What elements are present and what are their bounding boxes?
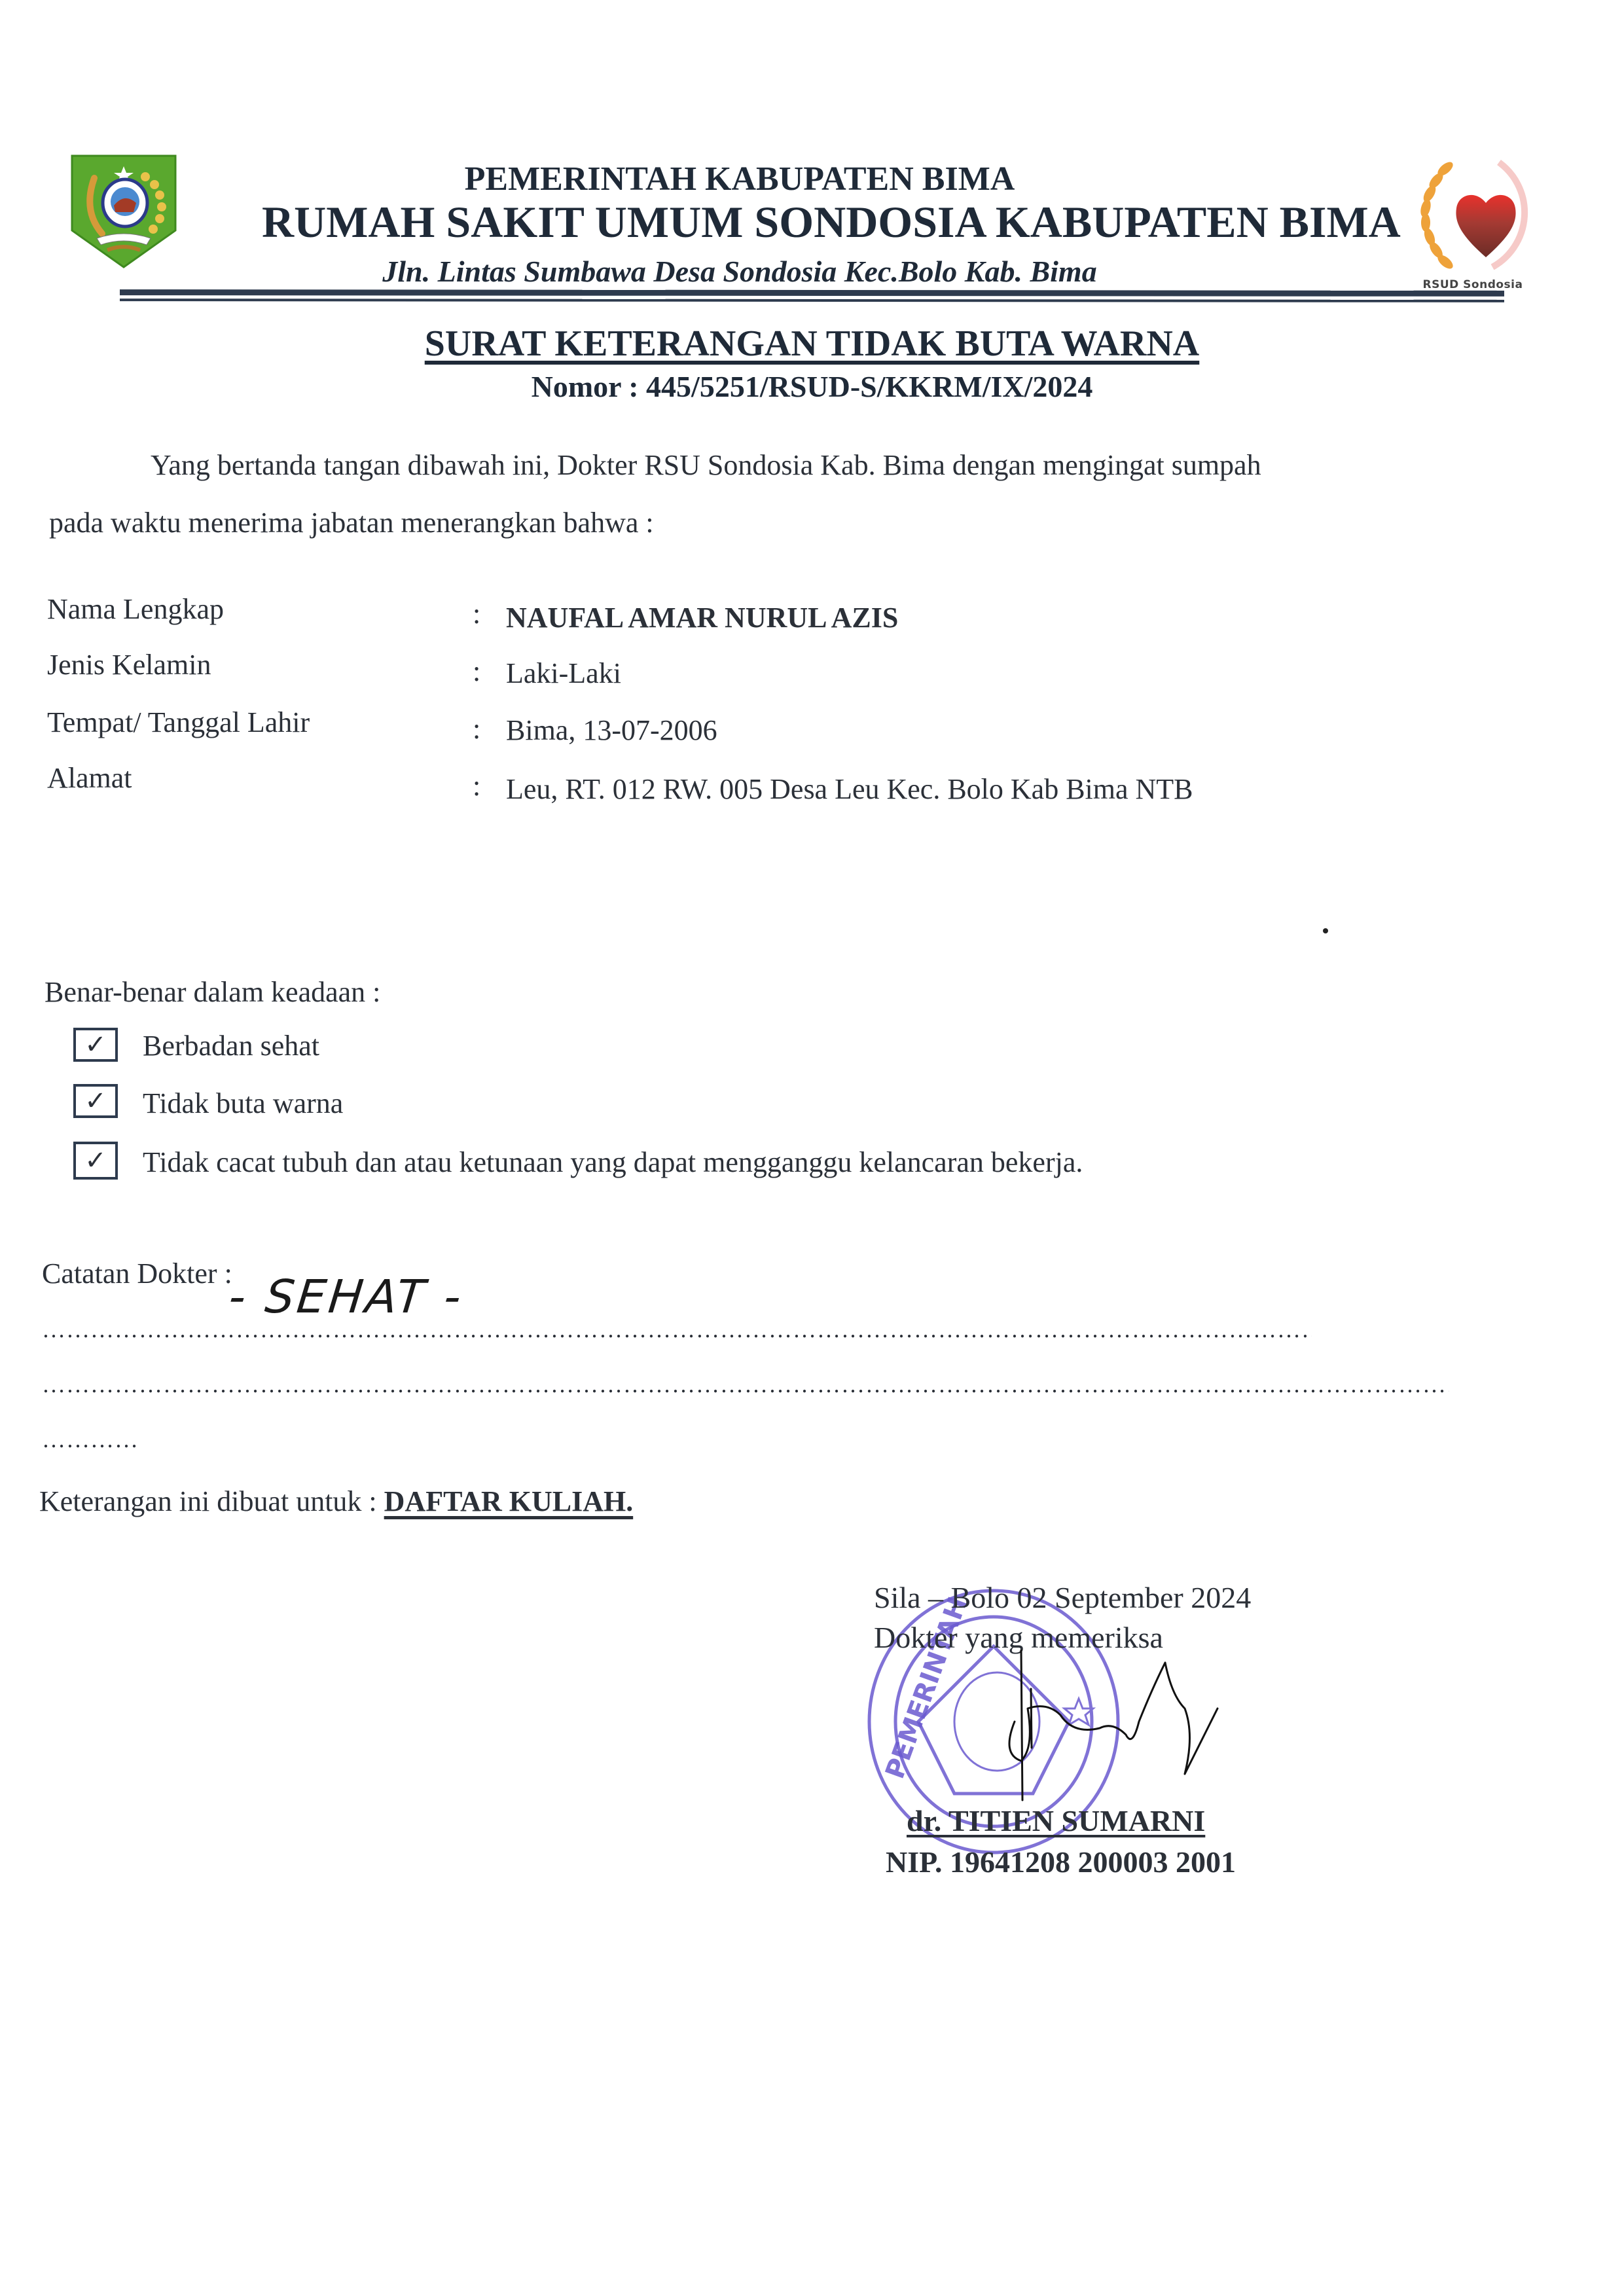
field-value-address: Leu, RT. 012 RW. 005 Desa Leu Kec. Bolo … bbox=[506, 772, 1193, 806]
scan-speck bbox=[1323, 928, 1328, 933]
checkbox-tidak-cacat-tubuh[interactable]: ✓ bbox=[73, 1142, 118, 1180]
check-mark-icon: ✓ bbox=[84, 1030, 107, 1060]
field-label-address: Alamat bbox=[47, 761, 132, 795]
check-mark-icon: ✓ bbox=[84, 1086, 107, 1116]
handwritten-signature-icon bbox=[969, 1650, 1244, 1807]
field-label-name: Nama Lengkap bbox=[47, 592, 224, 626]
purpose-value: DAFTAR KULIAH. bbox=[384, 1485, 634, 1517]
header-government: PEMERINTAH KABUPATEN BIMA bbox=[0, 160, 1479, 198]
field-value-name: NAUFAL AMAR NURUL AZIS bbox=[506, 601, 898, 634]
condition-label: Berbadan sehat bbox=[143, 1029, 319, 1062]
heart-laurel-logo-icon bbox=[1394, 143, 1545, 293]
document-title-text: SURAT KETERANGAN TIDAK BUTA WARNA bbox=[425, 323, 1200, 364]
doctor-nip: NIP. 19641208 200003 2001 bbox=[886, 1845, 1236, 1879]
document-number: Nomor : 445/5251/RSUD-S/KKRM/IX/2024 bbox=[0, 369, 1624, 404]
checkbox-tidak-buta-warna[interactable]: ✓ bbox=[73, 1084, 118, 1118]
dotted-line: …………………………………………………………………………………………………………… bbox=[42, 1316, 1312, 1343]
field-colon: : bbox=[473, 712, 480, 746]
document-title: SURAT KETERANGAN TIDAK BUTA WARNA bbox=[0, 323, 1624, 365]
header-divider-thick bbox=[120, 289, 1504, 297]
header-address: Jln. Lintas Sumbawa Desa Sondosia Kec.Bo… bbox=[0, 254, 1479, 289]
intro-line-2: pada waktu menerima jabatan menerangkan … bbox=[49, 506, 654, 539]
field-colon: : bbox=[473, 597, 480, 630]
condition-label: Tidak cacat tubuh dan atau ketunaan yang… bbox=[143, 1146, 1083, 1179]
purpose-line: Keterangan ini dibuat untuk : DAFTAR KUL… bbox=[39, 1485, 633, 1518]
doctor-name: dr. TITIEN SUMARNI bbox=[907, 1803, 1205, 1838]
dotted-line: ………… bbox=[42, 1426, 173, 1453]
signature-place-date: Sila – Bolo 02 September 2024 bbox=[874, 1580, 1251, 1615]
field-colon: : bbox=[473, 769, 480, 803]
checkbox-berbadan-sehat[interactable]: ✓ bbox=[73, 1028, 118, 1062]
condition-label: Tidak buta warna bbox=[143, 1087, 343, 1120]
field-label-gender: Jenis Kelamin bbox=[47, 648, 211, 681]
check-mark-icon: ✓ bbox=[84, 1146, 107, 1176]
field-colon: : bbox=[473, 655, 480, 688]
header-hospital-name: RUMAH SAKIT UMUM SONDOSIA KABUPATEN BIMA bbox=[262, 196, 1401, 248]
field-value-gender: Laki-Laki bbox=[506, 657, 621, 690]
notes-heading: Catatan Dokter : bbox=[42, 1257, 232, 1290]
header-divider-thin bbox=[120, 298, 1504, 302]
conditions-heading: Benar-benar dalam keadaan : bbox=[45, 975, 380, 1009]
purpose-prefix: Keterangan ini dibuat untuk : bbox=[39, 1485, 384, 1517]
right-logo-caption: RSUD Sondosia bbox=[1414, 278, 1532, 291]
field-label-birth: Tempat/ Tanggal Lahir bbox=[47, 706, 310, 739]
intro-line-1: Yang bertanda tangan dibawah ini, Dokter… bbox=[151, 448, 1261, 482]
field-value-birth: Bima, 13-07-2006 bbox=[506, 714, 717, 747]
dotted-line: …………………………………………………………………………………………………………… bbox=[42, 1371, 1449, 1398]
